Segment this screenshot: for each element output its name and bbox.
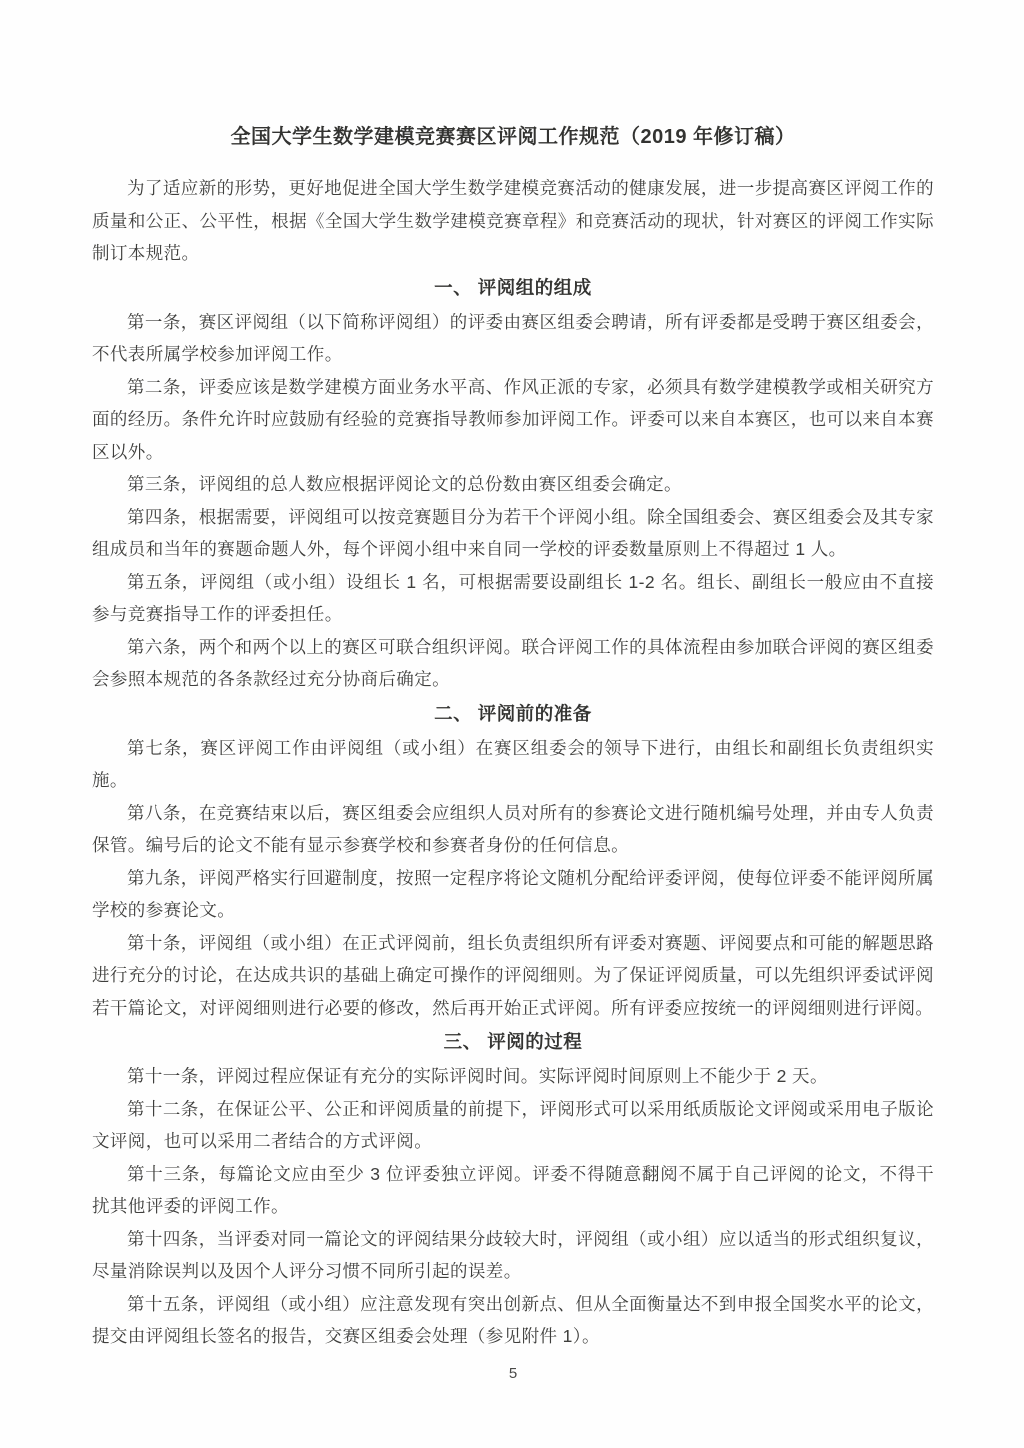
body-paragraph: 第十五条，评阅组（或小组）应注意发现有突出创新点、但从全面衡量达不到申报全国奖水… — [92, 1288, 934, 1353]
section-heading-3: 三、 评阅的过程 — [92, 1026, 934, 1058]
body-paragraph: 第三条，评阅组的总人数应根据评阅论文的总份数由赛区组委会确定。 — [92, 468, 934, 501]
body-paragraph: 第九条，评阅严格实行回避制度，按照一定程序将论文随机分配给评委评阅，使每位评委不… — [92, 862, 934, 927]
document-page: 全国大学生数学建模竞赛赛区评阅工作规范（2019 年修订稿） 为了适应新的形势，… — [0, 0, 1024, 1448]
section-heading-2: 二、 评阅前的准备 — [92, 698, 934, 730]
body-paragraph: 第六条，两个和两个以上的赛区可联合组织评阅。联合评阅工作的具体流程由参加联合评阅… — [92, 631, 934, 696]
body-paragraph: 第八条，在竞赛结束以后，赛区组委会应组织人员对所有的参赛论文进行随机编号处理，并… — [92, 797, 934, 862]
body-paragraph: 第十二条，在保证公平、公正和评阅质量的前提下，评阅形式可以采用纸质版论文评阅或采… — [92, 1093, 934, 1158]
body-paragraph: 第四条，根据需要，评阅组可以按竞赛题目分为若干个评阅小组。除全国组委会、赛区组委… — [92, 501, 934, 566]
body-paragraph: 第十三条，每篇论文应由至少 3 位评委独立评阅。评委不得随意翻阅不属于自己评阅的… — [92, 1158, 934, 1223]
body-paragraph: 第五条，评阅组（或小组）设组长 1 名，可根据需要设副组长 1-2 名。组长、副… — [92, 566, 934, 631]
body-paragraph: 第一条，赛区评阅组（以下简称评阅组）的评委由赛区组委会聘请，所有评委都是受聘于赛… — [92, 306, 934, 371]
intro-paragraph: 为了适应新的形势，更好地促进全国大学生数学建模竞赛活动的健康发展，进一步提高赛区… — [92, 172, 934, 270]
document-title: 全国大学生数学建模竞赛赛区评阅工作规范（2019 年修订稿） — [92, 122, 934, 152]
body-paragraph: 第十一条，评阅过程应保证有充分的实际评阅时间。实际评阅时间原则上不能少于 2 天… — [92, 1060, 934, 1093]
section-heading-1: 一、 评阅组的组成 — [92, 272, 934, 304]
document-body: 一、 评阅组的组成第一条，赛区评阅组（以下简称评阅组）的评委由赛区组委会聘请，所… — [92, 272, 934, 1353]
body-paragraph: 第十条，评阅组（或小组）在正式评阅前，组长负责组织所有评委对赛题、评阅要点和可能… — [92, 927, 934, 1025]
page-number: 5 — [92, 1363, 934, 1385]
body-paragraph: 第十四条，当评委对同一篇论文的评阅结果分歧较大时，评阅组（或小组）应以适当的形式… — [92, 1223, 934, 1288]
body-paragraph: 第七条，赛区评阅工作由评阅组（或小组）在赛区组委会的领导下进行，由组长和副组长负… — [92, 732, 934, 797]
body-paragraph: 第二条，评委应该是数学建模方面业务水平高、作风正派的专家，必须具有数学建模教学或… — [92, 371, 934, 469]
